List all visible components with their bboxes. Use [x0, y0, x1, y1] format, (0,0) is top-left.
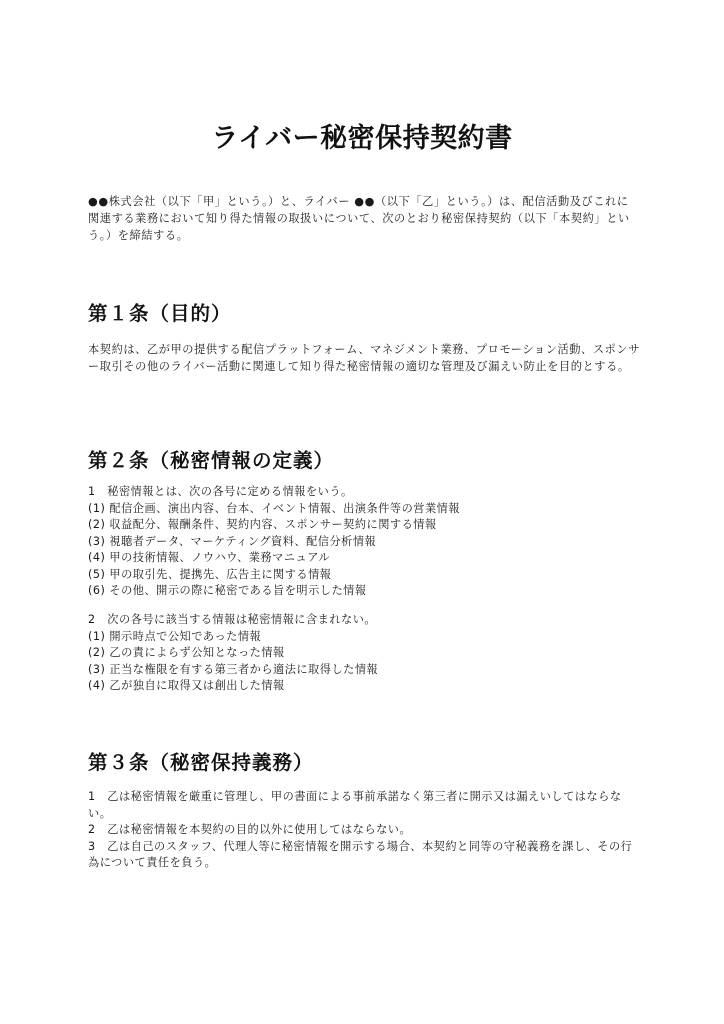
article-1-body: 本契約は、乙が甲の提供する配信プラットフォーム、マネジメント業務、プロモーション… [88, 341, 640, 375]
list-item: (1) 配信企画、演出内容、台本、イベント情報、出演条件等の営業情報 [88, 501, 648, 518]
list-item: (2) 収益配分、報酬条件、契約内容、スポンサー契約に関する情報 [88, 517, 648, 534]
list-item: 1 乙は秘密情報を厳重に管理し、甲の書面による事前承諾なく第三者に開示又は漏えい… [88, 789, 640, 822]
article-2-section-2-list: 2 次の各号に該当する情報は秘密情報に含まれない。 (1) 開示時点で公知であっ… [88, 612, 648, 695]
list-item: (4) 甲の技術情報、ノウハウ、業務マニュアル [88, 550, 648, 567]
list-item: (1) 開示時点で公知であった情報 [88, 629, 648, 646]
list-item: (3) 正当な権限を有する第三者から適法に取得した情報 [88, 662, 648, 679]
document-page: ライバー秘密保持契約書 ●●株式会社（以下「甲」という。）と、ライバー ●●（以… [0, 0, 724, 1024]
list-item: (5) 甲の取引先、提携先、広告主に関する情報 [88, 567, 648, 584]
list-item: (4) 乙が独自に取得又は創出した情報 [88, 678, 648, 695]
preamble-paragraph: ●●株式会社（以下「甲」という。）と、ライバー ●●（以下「乙」という。）は、配… [88, 193, 640, 244]
article-3-list: 1 乙は秘密情報を厳重に管理し、甲の書面による事前承諾なく第三者に開示又は漏えい… [88, 789, 640, 872]
article-2-section-2-lead: 2 次の各号に該当する情報は秘密情報に含まれない。 [88, 612, 648, 629]
article-2-section-1-lead: 1 秘密情報とは、次の各号に定める情報をいう。 [88, 484, 648, 501]
list-item: 3 乙は自己のスタッフ、代理人等に秘密情報を開示する場合、本契約と同等の守秘義務… [88, 839, 640, 872]
document-title: ライバー秘密保持契約書 [0, 116, 724, 155]
list-item: (2) 乙の責によらず公知となった情報 [88, 645, 648, 662]
list-item: 2 乙は秘密情報を本契約の目的以外に使用してはならない。 [88, 822, 640, 839]
article-3-heading: 第３条（秘密保持義務） [88, 747, 314, 775]
article-2-heading: 第２条（秘密情報の定義） [88, 445, 334, 473]
article-1-heading: 第１条（目的） [88, 298, 232, 326]
list-item: (3) 視聴者データ、マーケティング資料、配信分析情報 [88, 534, 648, 551]
list-item: (6) その他、開示の際に秘密である旨を明示した情報 [88, 583, 648, 600]
article-2-section-1-list: 1 秘密情報とは、次の各号に定める情報をいう。 (1) 配信企画、演出内容、台本… [88, 484, 648, 600]
